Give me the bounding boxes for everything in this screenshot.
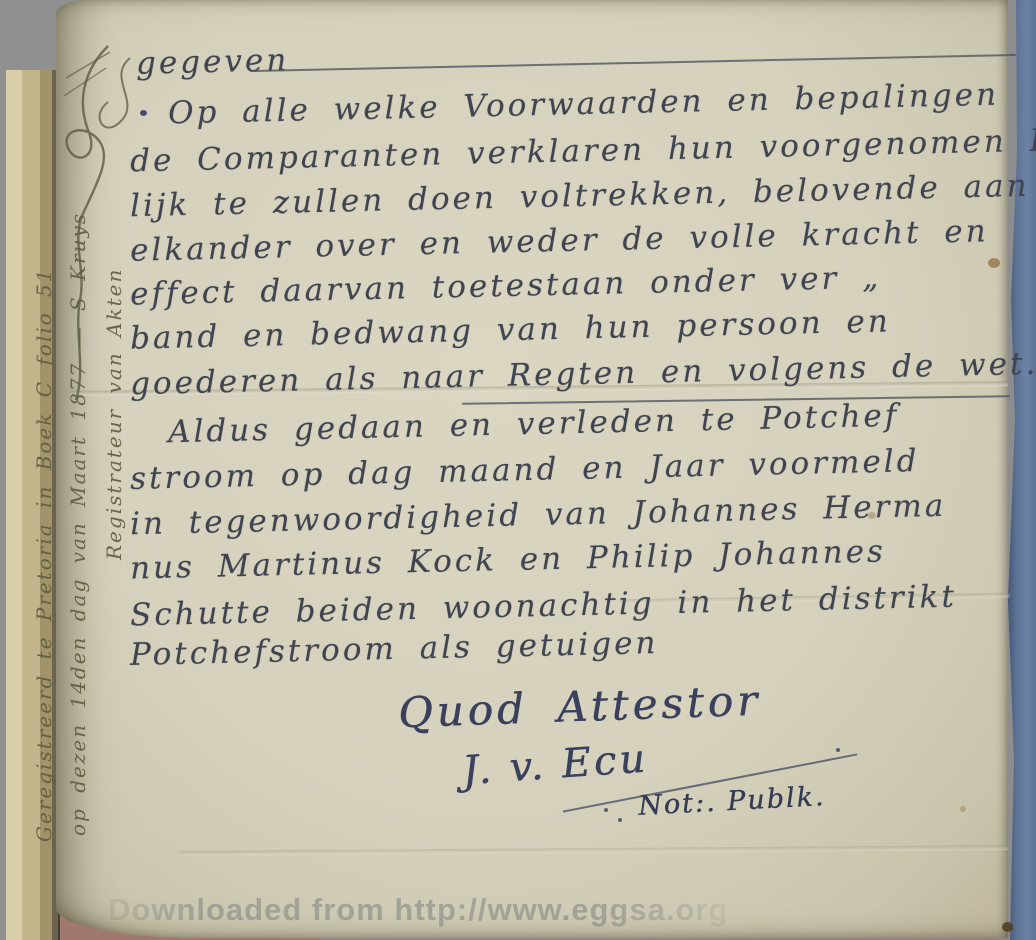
source-watermark: Downloaded from http://www.eggsa.org: [108, 892, 728, 928]
foxing-spot: [1002, 922, 1013, 932]
ink-blot: [140, 110, 147, 116]
margin-registration-note: op dezen 14den dag van Maart 1877 — S Kr…: [66, 212, 90, 836]
foxing-spot: [988, 258, 1000, 268]
margin-registration-note: Geregistreerd te Pretoria in Boek C foli…: [32, 268, 56, 843]
signature-ink-dot: [604, 808, 608, 812]
foxing-spot: [960, 806, 966, 812]
opening-word: gegeven: [136, 42, 290, 81]
signature-ink-dot: [836, 748, 840, 752]
signature-ink-dot: [618, 818, 622, 822]
margin-registration-note: Registrateur van Akten: [102, 268, 126, 560]
scanned-document-photo: Geregistreerd te Pretoria in Boek C foli…: [0, 0, 1036, 940]
